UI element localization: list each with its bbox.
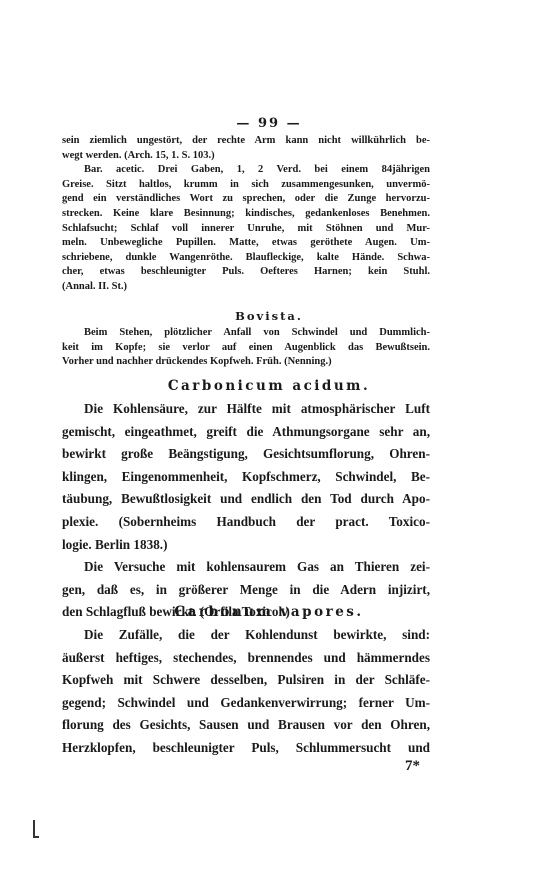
text-line: schriebene, dunkle Wangenröthe. Blauflec…: [62, 251, 430, 266]
text-line: Schlafsucht; Schlaf voll innerer Unruhe,…: [62, 222, 430, 237]
text-line: gegend; Schwindel und Gedankenverwirrung…: [62, 692, 430, 715]
text-line: plexie. (Sobernheims Handbuch der pract.…: [62, 511, 430, 534]
text-line: Beim Stehen, plötzlicher Anfall von Schw…: [62, 326, 430, 341]
bovista-text: Beim Stehen, plötzlicher Anfall von Schw…: [62, 326, 430, 370]
text-line: Die Kohlensäure, zur Hälfte mit atmosphä…: [62, 398, 430, 421]
text-line: keit im Kopfe; sie verlor auf einen Auge…: [62, 341, 430, 356]
text-line: sein ziemlich ungestört, der rechte Arm …: [62, 134, 430, 149]
text-line: gen, daß es, in größerer Menge in die Ad…: [62, 579, 430, 602]
text-line: cher, etwas beschleunigter Puls. Oeftere…: [62, 265, 430, 280]
text-line: äußerst heftiges, stechendes, brennendes…: [62, 647, 430, 670]
carbonum-vapores-text: Die Zufälle, die der Kohlendunst bewirkt…: [62, 624, 430, 760]
text-line: meln. Unbewegliche Pupillen. Matte, etwa…: [62, 236, 430, 251]
text-line: gemischt, eingeathmet, greift die Athmun…: [62, 421, 430, 444]
text-line: klingen, Eingenommenheit, Kopfschmerz, S…: [62, 466, 430, 489]
continuation-text: sein ziemlich ungestört, der rechte Arm …: [62, 134, 430, 295]
text-line: strecken. Keine klare Besinnung; kindisc…: [62, 207, 430, 222]
section-heading-bovista: Bovista.: [0, 309, 538, 323]
text-line: Bar. acetic. Drei Gaben, 1, 2 Verd. bei …: [62, 163, 430, 178]
signature-mark: 7*: [405, 758, 420, 775]
text-line: täubung, Bewußtlosigkeit und endlich den…: [62, 488, 430, 511]
text-line: Herzklopfen, beschleunigter Puls, Schlum…: [62, 737, 430, 760]
text-line: Vorher und nachher drückendes Kopfweh. F…: [62, 355, 430, 370]
text-line: florung des Gesichts, Sausen und Brausen…: [62, 714, 430, 737]
text-line: Die Versuche mit kohlensaurem Gas an Thi…: [62, 556, 430, 579]
page-number: — 99 —: [0, 116, 538, 131]
margin-mark: [33, 820, 39, 838]
book-page: — 99 — sein ziemlich ungestört, der rech…: [0, 0, 538, 892]
text-line: Die Zufälle, die der Kohlendunst bewirkt…: [62, 624, 430, 647]
text-line: wegt werden. (Arch. 15, 1. S. 103.): [62, 149, 430, 164]
text-line: (Annal. II. St.): [62, 280, 430, 295]
carbonicum-acidum-text: Die Kohlensäure, zur Hälfte mit atmosphä…: [62, 398, 430, 624]
text-line: Greise. Sitzt haltlos, krumm in sich zus…: [62, 178, 430, 193]
section-heading-carbonicum-acidum: Carbonicum acidum.: [0, 378, 538, 394]
section-heading-carbonum-vapores: Carbonum vapores.: [0, 604, 538, 620]
text-line: gend ein verständliches Wort zu sprechen…: [62, 192, 430, 207]
text-line: Kopfweh mit Schwere desselben, Pulsiren …: [62, 669, 430, 692]
text-line: bewirkt große Beängstigung, Gesichtsumfl…: [62, 443, 430, 466]
text-line: logie. Berlin 1838.): [62, 534, 430, 557]
